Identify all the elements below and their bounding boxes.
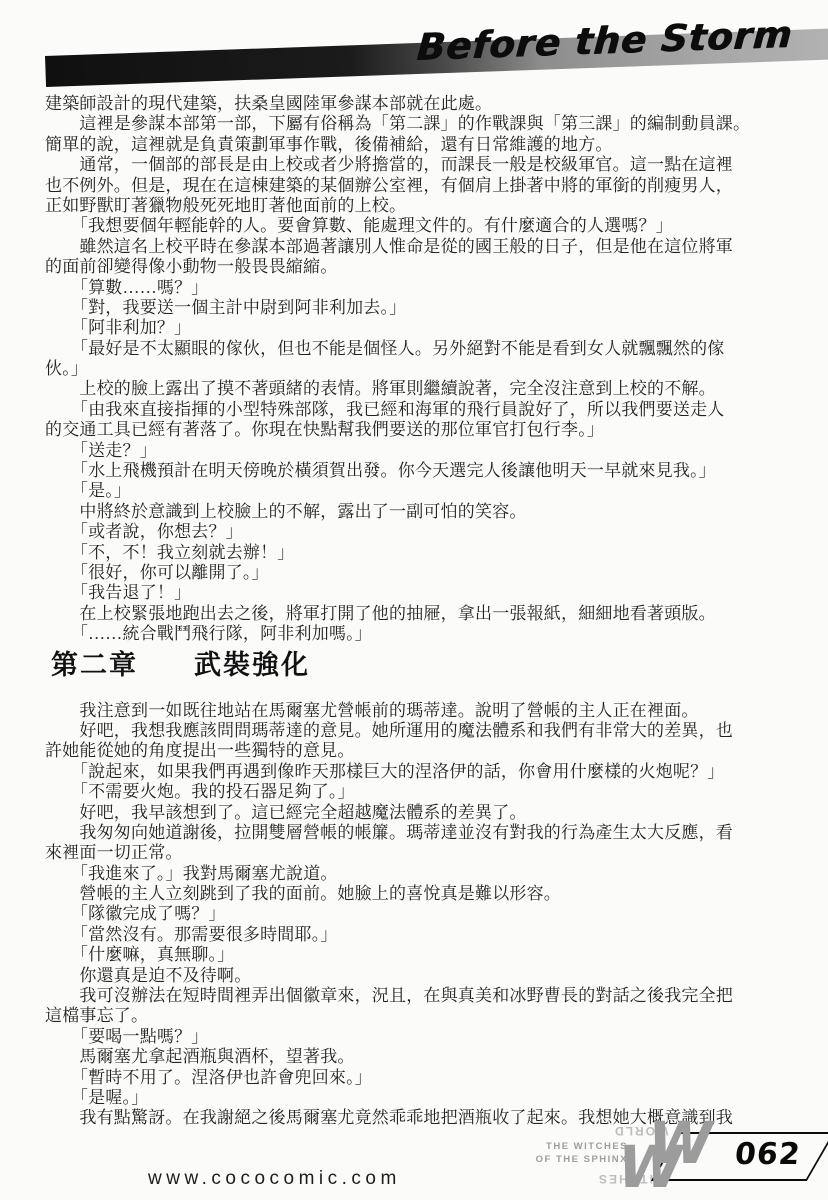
body-line: 你還真是迫不及待啊。	[45, 966, 797, 986]
body-line: 「……統合戰鬥飛行隊，阿非利加嗎。」	[45, 624, 797, 644]
header-banner-title: Before the Storm	[415, 13, 793, 69]
body-line: 伙。」	[45, 359, 797, 379]
header-banner: Before the Storm	[45, 28, 828, 87]
body-line: 「隊徽完成了嗎？」	[45, 904, 797, 924]
body-line: 「算數……嗎？」	[45, 278, 797, 298]
body-line: 我匆匆向她道謝後，拉開雙層營帳的帳簾。瑪蒂達並沒有對我的行為產生太大反應，看	[45, 823, 797, 843]
page-number: 062	[733, 1137, 802, 1172]
body-line: 通常，一個部的部長是由上校或者少將擔當的，而課長一般是校級軍官。這一點在這裡	[45, 155, 797, 175]
body-line: 好吧，我想我應該問問瑪蒂達的意見。她所運用的魔法體系和我們有非常大的差異，也	[45, 721, 797, 741]
body-line: 建築師設計的現代建築，扶桑皇國陸軍參謀本部就在此處。	[45, 94, 797, 114]
body-line: 「什麼嘛，真無聊。」	[45, 945, 797, 965]
body-line: 這檔事忘了。	[45, 1006, 797, 1026]
body-line: 「我告退了！」	[45, 583, 797, 603]
body-line: 許她能從她的角度提出一些獨特的意見。	[45, 741, 797, 761]
chapter-title: 武裝強化	[194, 650, 310, 680]
body-line: 「暫時不用了。涅洛伊也許會兜回來。」	[45, 1068, 797, 1088]
body-line: 「說起來，如果我們再遇到像昨天那樣巨大的涅洛伊的話，你會用什麼樣的火炮呢？」	[45, 762, 797, 782]
logo-series-line1: THE WITCHES	[536, 1140, 628, 1153]
body-line: 簡單的說，這裡就是負責策劃軍事作戰，後備補給，還有日常維護的地方。	[45, 135, 797, 155]
body-line: 「阿非利加？」	[45, 318, 797, 338]
body-line: 來裡面一切正常。	[45, 843, 797, 863]
body-line: 在上校緊張地跑出去之後，將軍打開了他的抽屜，拿出一張報紙，細細地看著頭版。	[45, 604, 797, 624]
body-line: 的面前卻變得像小動物一般畏畏縮縮。	[45, 257, 797, 277]
body-line: 「不需要火炮。我的投石器足夠了。」	[45, 782, 797, 802]
chapter-number: 第二章	[51, 650, 138, 680]
body-line: 「送走？」	[45, 441, 797, 461]
body-line: 正如野獸盯著獵物般死死地盯著他面前的上校。	[45, 196, 797, 216]
logo-series-name: THE WITCHES OF THE SPHINX	[536, 1140, 628, 1166]
body-line: 這裡是參謀本部第一部，下屬有俗稱為「第二課」的作戰課與「第三課」的編制動員課。	[45, 114, 797, 134]
site-url: www.cococomic.com	[148, 1168, 401, 1190]
body-line: 「由我來直接指揮的小型特殊部隊，我已經和海軍的飛行員說好了，所以我們要送走人	[45, 400, 797, 420]
body-line: 「最好是不太顯眼的傢伙，但也不能是個怪人。另外絕對不能是看到女人就飄飄然的傢	[45, 339, 797, 359]
body-line: 好吧，我早該想到了。這已經完全超越魔法體系的差異了。	[45, 803, 797, 823]
body-line: 也不例外。但是，現在在這棟建築的某個辦公室裡，有個肩上掛著中將的軍銜的削瘦男人，	[45, 176, 797, 196]
body-line: 「是。」	[45, 481, 797, 501]
body-text: 建築師設計的現代建築，扶桑皇國陸軍參謀本部就在此處。 這裡是參謀本部第一部，下屬…	[45, 94, 797, 1129]
novel-page: Before the Storm 建築師設計的現代建築，扶桑皇國陸軍參謀本部就在…	[0, 0, 828, 1200]
body-line: 營帳的主人立刻跳到了我的面前。她臉上的喜悅真是難以形容。	[45, 884, 797, 904]
chapter-heading: 第二章武裝強化	[51, 655, 797, 689]
body-line: 馬爾塞尤拿起酒瓶與酒杯，望著我。	[45, 1047, 797, 1067]
body-line: 「要喝一點嗎？」	[45, 1027, 797, 1047]
body-line: 中將終於意識到上校臉上的不解，露出了一副可怕的笑容。	[45, 502, 797, 522]
body-line: 的交通工具已經有著落了。你現在快點幫我們要送的那位軍官打包行李。」	[45, 420, 797, 440]
body-line: 「當然沒有。那需要很多時間耶。」	[45, 925, 797, 945]
body-line: 雖然這名上校平時在參謀本部過著讓別人惟命是從的國王般的日子，但是他在這位將軍	[45, 237, 797, 257]
body-line: 「或者說，你想去？」	[45, 522, 797, 542]
publisher-logo: THE WITCHES OF THE SPHINX WORLD WITCHES …	[535, 1120, 820, 1195]
body-line: 我可沒辦法在短時間裡弄出個徽章來，況且，在與真美和冰野曹長的對話之後我完全把	[45, 986, 797, 1006]
body-line: 我注意到一如既往地站在馬爾塞尤營帳前的瑪蒂達。說明了營帳的主人正在裡面。	[45, 701, 797, 721]
body-line: 「我想要個年輕能幹的人。要會算數、能處理文件的。有什麼適合的人選嗎？」	[45, 216, 797, 236]
logo-monogram-w-icon: W	[612, 1138, 688, 1196]
logo-series-line2: OF THE SPHINX	[536, 1153, 628, 1166]
body-line: 「水上飛機預計在明天傍晚於橫須賀出發。你今天選完人後讓他明天一早就來見我。」	[45, 461, 797, 481]
body-line: 「對，我要送一個主計中尉到阿非利加去。」	[45, 298, 797, 318]
body-line: 「我進來了。」我對馬爾塞尤說道。	[45, 864, 797, 884]
body-line: 「很好，你可以離開了。」	[45, 563, 797, 583]
body-line: 上校的臉上露出了摸不著頭緒的表情。將軍則繼續說著，完全沒注意到上校的不解。	[45, 379, 797, 399]
body-line: 「是喔。」	[45, 1088, 797, 1108]
body-line: 「不，不！我立刻就去辦！」	[45, 543, 797, 563]
